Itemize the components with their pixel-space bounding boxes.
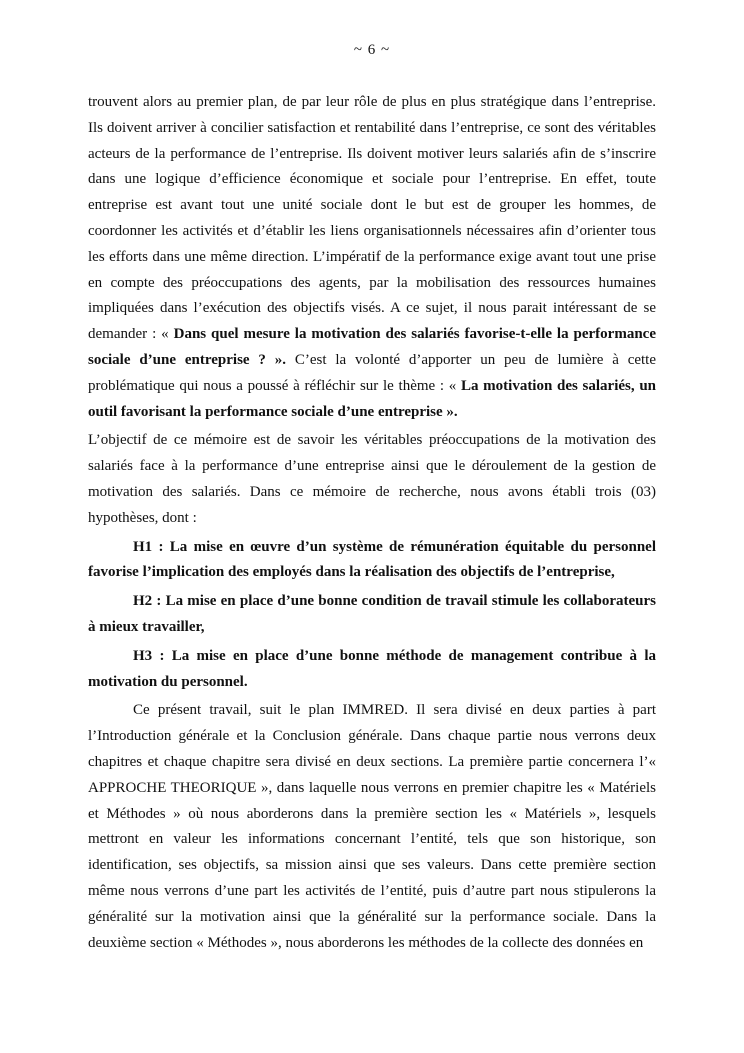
paragraph: H2 : La mise en place d’une bonne condit… (88, 589, 656, 641)
paragraph: trouvent alors au premier plan, de par l… (88, 90, 656, 425)
paragraph: Ce présent travail, suit le plan IMMRED.… (88, 698, 656, 956)
paragraph: H1 : La mise en œuvre d’un système de ré… (88, 535, 656, 587)
document-page: ~ 6 ~ trouvent alors au premier plan, de… (0, 0, 744, 1053)
text-run: H2 : La mise en place d’une bonne condit… (88, 593, 656, 635)
paragraph: L’objectif de ce mémoire est de savoir l… (88, 428, 656, 531)
text-run: H3 : La mise en place d’une bonne méthod… (88, 648, 656, 690)
text-run: trouvent alors au premier plan, de par l… (88, 94, 656, 342)
paragraph: H3 : La mise en place d’une bonne méthod… (88, 644, 656, 696)
page-number: ~ 6 ~ (88, 40, 656, 60)
text-run: H1 : La mise en œuvre d’un système de ré… (88, 539, 656, 581)
document-body: trouvent alors au premier plan, de par l… (88, 90, 656, 956)
text-run: Ce présent travail, suit le plan IMMRED.… (88, 702, 656, 950)
text-run: L’objectif de ce mémoire est de savoir l… (88, 432, 656, 525)
